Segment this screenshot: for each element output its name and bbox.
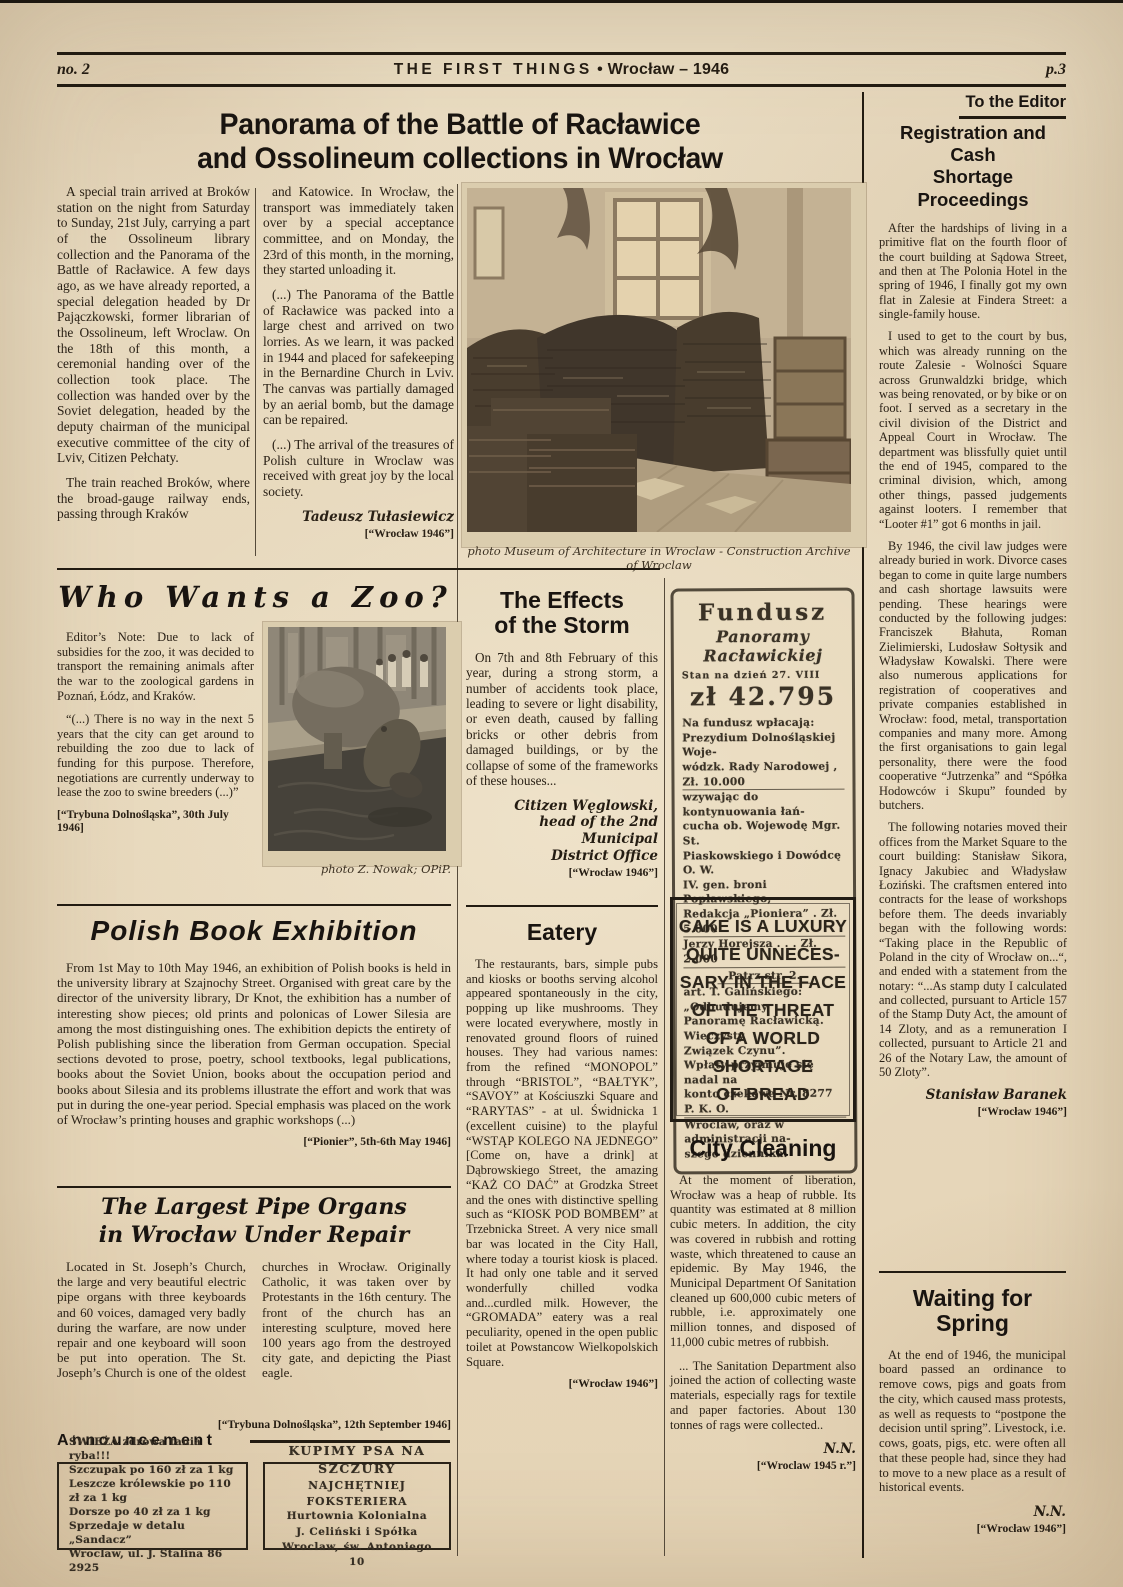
cake-quote-line: SARY IN THE FACE	[677, 968, 849, 996]
fundusz-line: Prezydium Dolnośląskiej Woje-	[682, 730, 844, 760]
eatery-title: Eatery	[466, 920, 658, 945]
letter-body: After the hardships of living in a primi…	[879, 221, 1067, 1080]
city-cleaning-source: [“Wroclaw 1945 r.”]	[670, 1460, 856, 1472]
cake-quote-line: QUITE UNNECES-	[677, 940, 849, 968]
hippo-photo-caption: photo Z. Nowak; OPiP.	[263, 862, 451, 876]
storm-title-line1: The Effects	[466, 588, 658, 613]
byline-line: head of the 2nd Municipal	[466, 814, 658, 848]
to-the-editor-underline	[959, 116, 1066, 119]
paragraph: At the end of 1946, the municipal board …	[879, 1348, 1066, 1495]
eatery-article: Eatery The restaurants, bars, simple pub…	[466, 916, 658, 1390]
letter-title-line2: Shortage Proceedings	[879, 166, 1067, 210]
ad-line: Dorsze po 40 zł za 1 kg	[69, 1506, 236, 1520]
paragraph: The following notaries moved their offic…	[879, 820, 1067, 1079]
panorama-byline: Tadeusz Tułasiewicz	[263, 509, 454, 526]
eatery-body: The restaurants, bars, simple pubs and k…	[466, 957, 658, 1370]
storm-byline: Citizen Węglowski,head of the 2nd Munici…	[466, 798, 658, 866]
letter-source: [“Wrocław 1946”]	[879, 1106, 1067, 1118]
hippo-photo-illustration	[268, 627, 446, 851]
masthead-rule-bottom	[57, 84, 1066, 87]
fundusz-line: wzywając do kontynuowania łań-	[683, 790, 845, 820]
cake-quote-box: CAKE IS A LUXURYQUITE UNNECES-SARY IN TH…	[670, 897, 856, 1122]
ad-line: Szczupak po 160 zł za 1 kg	[69, 1464, 236, 1478]
letter-title-line1: Registration and Cash	[879, 122, 1067, 166]
paragraph: At the moment of liberation, Wrocław was…	[670, 1173, 856, 1350]
storm-title-line2: of the Storm	[466, 613, 658, 638]
books-photo	[462, 183, 866, 547]
paragraph: A special train arrived at Broków statio…	[57, 184, 250, 466]
letter-byline: Stanisław Baranek	[879, 1087, 1067, 1104]
cake-quote-line: OF A WORLD	[677, 1024, 849, 1052]
dog-ad: KUPIMY PSA NA SZCZURYNAJCHĘTNIEJ FOKSTER…	[263, 1462, 451, 1550]
zoo-source: [“Trybuna Dolnośląska”, 30th July 1946]	[57, 809, 254, 836]
paragraph: and Katowice. In Wrocław, the transport …	[263, 184, 454, 278]
paragraph: The train reached Broków, where the broa…	[57, 475, 250, 522]
to-the-editor-label: To the Editor	[878, 93, 1066, 112]
organs-body: Located in St. Joseph’s Church, the larg…	[57, 1259, 451, 1417]
column-divider	[664, 578, 665, 1556]
book-exhibition-title: Polish Book Exhibition	[57, 915, 451, 947]
ad-line: Sprzedaje w detalu „Sandacz”	[69, 1520, 236, 1548]
fundusz-subtitle: Panoramy Racławickiej	[682, 627, 844, 666]
city-cleaning-title: City Cleaning	[670, 1136, 856, 1161]
paragraph: Editor’s Note: Due to lack of subsidies …	[57, 630, 254, 703]
fundusz-line: Na fundusz wpłacają:	[682, 716, 844, 731]
storm-body: On 7th and 8th February of this year, du…	[466, 650, 658, 789]
main-headline: Panorama of the Battle of Racławice and …	[110, 108, 810, 176]
paragraph: On 7th and 8th February of this year, du…	[466, 650, 658, 789]
fundusz-date: Stan na dzień 27. VIII	[682, 670, 844, 682]
spring-article: Waiting for Spring At the end of 1946, t…	[879, 1282, 1066, 1535]
paragraph: ... The Sanitation Department also joine…	[670, 1359, 856, 1433]
fundusz-line: cucha ob. Wojewodę Mgr. St.	[683, 819, 845, 849]
panorama-article-col2: and Katowice. In Wrocław, the transport …	[263, 184, 454, 563]
paragraph: (...) The Panorama of the Battle of Racł…	[263, 287, 454, 428]
newspaper-name: THE FIRST THINGS	[394, 61, 593, 78]
paragraph: Located in St. Joseph’s Church, the larg…	[57, 1259, 451, 1385]
masthead: no. 2 THE FIRST THINGS • Wrocław – 1946 …	[57, 57, 1066, 82]
ad-line: Leszcze królewskie po 110 zł za 1 kg	[69, 1478, 236, 1506]
paragraph: (...) The arrival of the treasures of Po…	[263, 437, 454, 500]
fish-ad: ŚWIEŻA zdrowa tania ryba!!!Szczupak po 1…	[57, 1462, 248, 1550]
organs-title-line1: The Largest Pipe Organs	[57, 1194, 451, 1222]
ad-line: J. Celiński i Spółka	[275, 1525, 439, 1540]
section-rule	[57, 568, 660, 570]
main-headline-line1: Panorama of the Battle of Racławice	[128, 108, 793, 142]
organs-title: The Largest Pipe Organs in Wrocław Under…	[57, 1194, 451, 1249]
fundusz-title: Fundusz	[682, 601, 844, 626]
main-headline-line2: and Ossolineum collections in Wrocław	[128, 142, 793, 176]
ad-line: NAJCHĘTNIEJ FOKSTERIERA	[275, 1478, 439, 1509]
ad-line: ŚWIEŻA zdrowa tania ryba!!!	[69, 1436, 236, 1464]
ad-line: KUPIMY PSA NA SZCZURY	[275, 1442, 439, 1478]
paragraph: From 1st May to 10th May 1946, an exhibi…	[57, 960, 451, 1127]
cake-quote-line: OF THE THREAT	[677, 996, 849, 1024]
eatery-source: [“Wrocław 1946”]	[466, 1378, 658, 1390]
paragraph: “(...) There is no way in the next 5 yea…	[57, 712, 254, 800]
fundusz-amount: zł 42.795	[682, 682, 844, 712]
organs-title-line2: in Wrocław Under Repair	[57, 1222, 451, 1250]
spring-source: [“Wrocław 1946”]	[879, 1523, 1066, 1535]
book-exhibition-body: From 1st May to 10th May 1946, an exhibi…	[57, 960, 451, 1127]
city-cleaning-body: At the moment of liberation, Wrocław was…	[670, 1173, 856, 1432]
spring-body: At the end of 1946, the municipal board …	[879, 1348, 1066, 1495]
section-rule	[879, 1271, 1066, 1273]
paragraph: By 1946, the civil law judges were alrea…	[879, 539, 1067, 812]
page-number: p.3	[906, 61, 1066, 79]
organs-source: [“Trybuna Dolnośląska”, 12th September 1…	[57, 1419, 451, 1431]
city-cleaning-byline: N.N.	[670, 1441, 856, 1458]
book-exhibition-article: Polish Book Exhibition From 1st May to 1…	[57, 915, 451, 1148]
letter-article: Registration and Cash Shortage Proceedin…	[879, 122, 1067, 1118]
paragraph: The restaurants, bars, simple pubs and k…	[466, 957, 658, 1370]
page-top-edge	[0, 0, 1123, 3]
masthead-rule-top	[57, 52, 1066, 55]
newspaper-subtitle: • Wrocław – 1946	[597, 61, 729, 78]
cake-quote-line: SHORTAGE	[677, 1052, 849, 1080]
zoo-article-body: Editor’s Note: Due to lack of subsidies …	[57, 630, 254, 836]
fundusz-line: Piaskowskiego i Dowódcę O. W.	[683, 848, 845, 878]
ad-line: Wroclaw, ul. J. Stalina 86 2925	[69, 1548, 236, 1576]
zoo-article-title: Who Wants a Zoo?	[57, 580, 454, 614]
section-rule	[466, 905, 658, 907]
organs-article: The Largest Pipe Organs in Wrocław Under…	[57, 1194, 451, 1431]
hippo-photo	[263, 622, 461, 866]
newspaper-page: no. 2 THE FIRST THINGS • Wrocław – 1946 …	[0, 0, 1123, 1587]
storm-source: [“Wrocław 1946”]	[466, 867, 658, 879]
books-photo-illustration	[467, 188, 851, 532]
storm-article: The Effects of the Storm On 7th and 8th …	[466, 584, 658, 879]
city-cleaning-article: City Cleaning At the moment of liberatio…	[670, 1132, 856, 1472]
storm-title: The Effects of the Storm	[466, 588, 658, 638]
panorama-source: [“Wrocław 1946”]	[263, 528, 454, 541]
fundusz-line: wódzk. Rady Narodowej , Zł. 10.000	[682, 760, 844, 791]
column-divider	[457, 184, 458, 1556]
paragraph: After the hardships of living in a primi…	[879, 221, 1067, 322]
spring-byline: N.N.	[879, 1504, 1066, 1521]
masthead-title: THE FIRST THINGS • Wrocław – 1946	[217, 61, 906, 79]
section-rule	[57, 904, 451, 906]
paragraph: I used to get to the court by bus, which…	[879, 329, 1067, 530]
ad-line: Wroclaw, św. Antoniego 10	[275, 1540, 439, 1570]
byline-line: Citizen Węglowski,	[466, 798, 658, 815]
section-rule	[57, 1186, 451, 1188]
cake-quote-line: OF BREAD	[677, 1080, 849, 1108]
book-exhibition-source: [“Pionier”, 5th-6th May 1946]	[57, 1136, 451, 1148]
letter-title: Registration and Cash Shortage Proceedin…	[879, 122, 1067, 211]
column-divider	[255, 188, 256, 556]
spring-title: Waiting for Spring	[879, 1286, 1066, 1336]
ad-line: Hurtownia Kolonialna	[275, 1509, 439, 1524]
byline-line: District Office	[466, 848, 658, 865]
issue-number: no. 2	[57, 61, 217, 79]
cake-quote-line: CAKE IS A LUXURY	[677, 912, 849, 940]
panorama-article-col1: A special train arrived at Broków statio…	[57, 184, 250, 563]
